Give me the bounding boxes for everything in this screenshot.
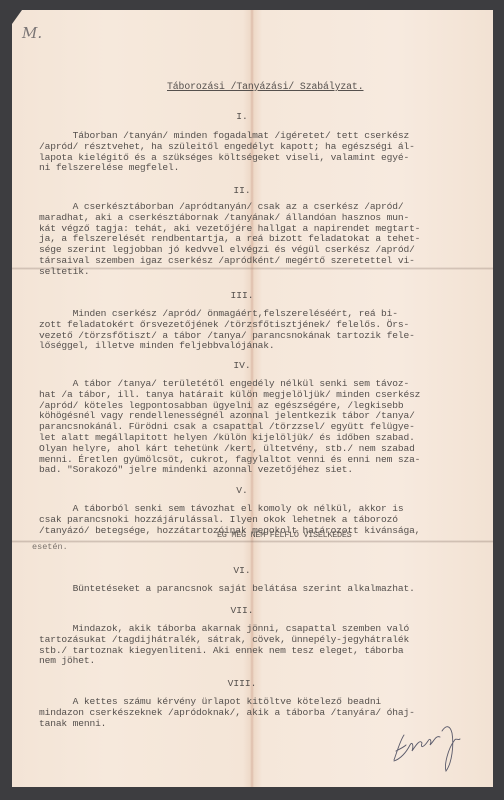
section-2-text: A cserkésztáborban /apródtanyán/ csak az… xyxy=(39,202,420,278)
text-line: /apród/ résztvehet, ha szüleitől engedél… xyxy=(39,142,415,153)
section-number-7: VII. xyxy=(212,605,272,616)
section-8-text: A kettes számu kérvény ürlapot kitöltve … xyxy=(39,697,415,729)
text-line: tanak menni. xyxy=(39,719,415,730)
section-7-text: Mindazok, akik táborba akarnak jönni, cs… xyxy=(39,624,409,667)
section-number-4: IV. xyxy=(212,360,272,371)
horizontal-fold-crease-lower xyxy=(12,540,493,543)
document-page: M. Táborozási /Tanyázási/ Szabályzat. I.… xyxy=(12,10,493,787)
section-6-text: Büntetéseket a parancsnok saját belátása… xyxy=(39,584,415,595)
text-line: tartozásukat /tagdijhátralék, sátrak, cö… xyxy=(39,635,409,646)
text-line: Büntetéseket a parancsnok saját belátása… xyxy=(39,584,415,595)
section-5-trailing-text: esetén. xyxy=(32,542,68,552)
document-title: Táborozási /Tanyázási/ Szabályzat. xyxy=(167,81,364,92)
section-number-3: III. xyxy=(212,290,272,301)
text-line: seltetik. xyxy=(39,267,420,278)
text-line: mindazon cserkészeknek /apródoknak/, aki… xyxy=(39,708,415,719)
section-number-8: VIII. xyxy=(212,678,272,689)
section-4-text: A tábor /tanya/ területétől engedély nél… xyxy=(39,379,420,476)
text-line: Olyan helyre, ahol kárt tehetünk /kert, … xyxy=(39,444,420,455)
section-number-5: V. xyxy=(212,485,272,496)
text-line: zott feladatokért őrsvezetőjének /törzsf… xyxy=(39,320,415,331)
section-3-text: Minden cserkész /apród/ önmagáért,felsze… xyxy=(39,309,415,352)
text-line: csak parancsnoki hozzájárulással. Ilyen … xyxy=(39,515,420,526)
section-number-1: I. xyxy=(212,111,272,122)
text-line: nem jöhet. xyxy=(39,656,409,667)
typed-insert-correction: ÉG MEG NEM FELFLŐ VISELKEDÉS xyxy=(217,530,351,540)
section-number-6: VI. xyxy=(212,565,272,576)
section-number-2: II. xyxy=(212,185,272,196)
text-line: maradhat, aki a cserkésztábornak /tanyán… xyxy=(39,213,420,224)
text-line: bad. "Sorakozó" jelre mindenki azonnal v… xyxy=(39,465,420,476)
text-line: társaival szemben igaz cserkész /apródké… xyxy=(39,256,420,267)
corner-handwritten-mark: M. xyxy=(22,24,42,42)
section-1-text: Táborban /tanyán/ minden fogadalmat /igé… xyxy=(39,131,415,174)
text-line: lőséggel, illetve minden feljebbvalójána… xyxy=(39,341,415,352)
text-line: hat /a tábor, ill. tanya határait külön … xyxy=(39,390,420,401)
handwritten-signature xyxy=(390,705,470,775)
text-line: ni felszerelése megfelel. xyxy=(39,163,415,174)
